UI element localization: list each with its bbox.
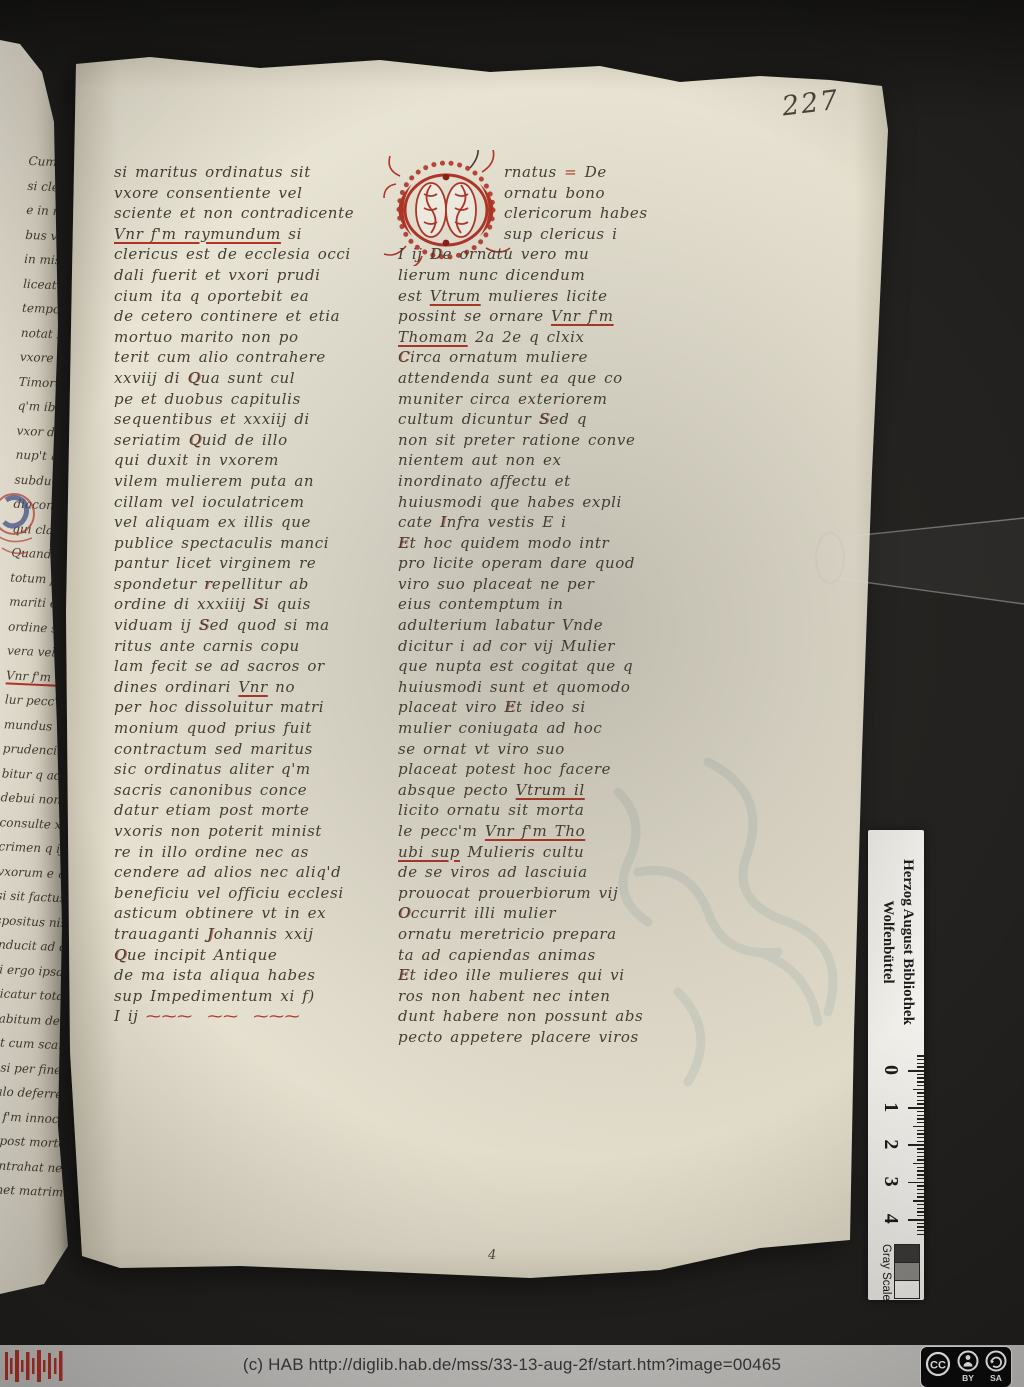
photo-vignette <box>0 0 1024 1387</box>
digitized-manuscript-photo: Cum voluntate hsi clericus si clerice in… <box>0 0 1024 1387</box>
